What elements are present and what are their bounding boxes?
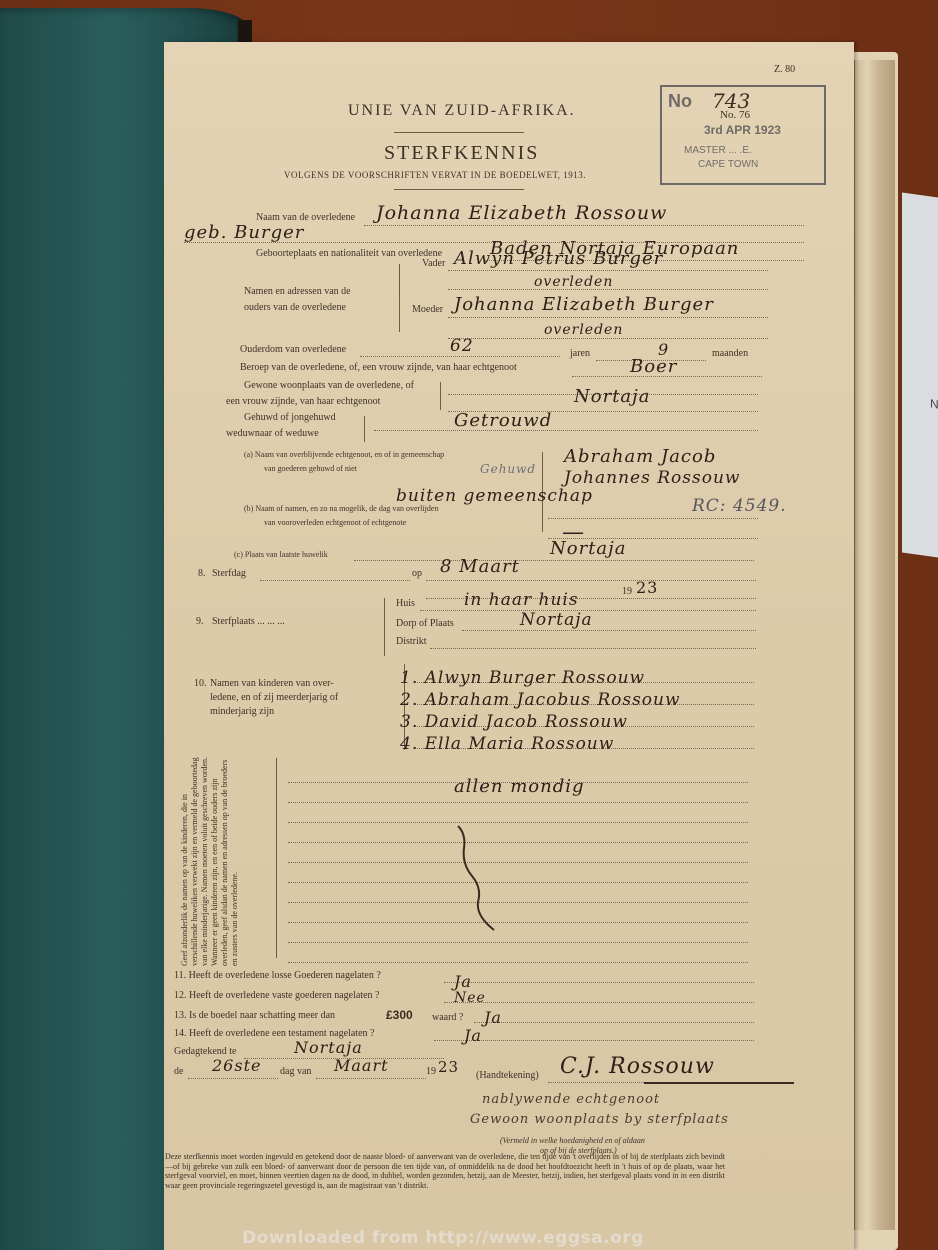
dotted-line — [316, 1078, 426, 1079]
stamp-no-label: No — [668, 91, 692, 112]
loose-paper-letter: N — [930, 396, 938, 411]
dotted-line — [426, 580, 756, 581]
dotted-line — [448, 338, 768, 339]
child-4: 4. Ella Maria Rossouw — [400, 734, 614, 754]
spouse-value-1: Abraham Jacob — [564, 446, 716, 467]
dotted-line — [448, 270, 768, 271]
children-label-1: Namen van kinderen van over- — [210, 678, 334, 689]
child-1: 1. Alwyn Burger Rossouw — [400, 668, 645, 688]
father-label: Vader — [422, 258, 445, 269]
document-title: STERFKENNIS — [384, 142, 539, 165]
question-13-amount: £300 — [386, 1008, 413, 1022]
prev-spouse-label-1: (b) Naam of namen, en zo na mogelik, de … — [244, 504, 438, 513]
death-notice-page: Z. 80 UNIE VAN ZUID-AFRIKA. STERFKENNIS … — [164, 42, 854, 1250]
spouse-community: buiten gemeenschap — [396, 486, 593, 506]
dotted-line — [360, 356, 560, 357]
form-code: Z. 80 — [774, 64, 795, 75]
dotted-line — [354, 560, 754, 561]
signed-year-prefix: 19 — [426, 1066, 436, 1077]
age-years: 62 — [450, 336, 474, 356]
years-label: jaren — [570, 348, 590, 359]
dotted-line — [188, 1078, 278, 1079]
dotted-line — [288, 862, 748, 863]
stamp-office: MASTER ... .E. — [684, 145, 752, 156]
signature-value: C.J. Rossouw — [560, 1054, 715, 1079]
children-label-2: ledene, en of zij meerderjarig of — [210, 692, 338, 703]
last-marriage-value: Nortaja — [550, 538, 626, 559]
age-label: Ouderdom van overledene — [240, 344, 346, 355]
brace — [364, 416, 365, 442]
stamp-sub-number: No. 76 — [720, 109, 750, 121]
document-subtitle: VOLGENS DE VOORSCHRIFTEN VERVAT IN DE BO… — [284, 170, 586, 180]
death-day-op: op — [412, 568, 422, 579]
death-place-label: Sterfplaats ... ... ... — [212, 616, 285, 627]
mother-status: overleden — [544, 322, 623, 338]
marital-value: Getrouwd — [454, 410, 552, 431]
signed-year-suffix: 23 — [438, 1058, 459, 1076]
parents-label-2: ouders van de overledene — [244, 302, 346, 313]
death-year-suffix: 23 — [636, 578, 658, 597]
prev-spouse-label-2: van vooroverleden echtgenoot of echtgeno… — [264, 518, 406, 527]
signed-day-value: 26ste — [212, 1056, 261, 1075]
dotted-line — [288, 962, 748, 963]
dotted-line — [288, 882, 748, 883]
dotted-line — [430, 648, 756, 649]
house-label: Huis — [396, 598, 415, 609]
dotted-line — [548, 518, 758, 519]
answer-12: Nee — [454, 990, 486, 1006]
question-11: 11. Heeft de overledene losse Goederen n… — [174, 970, 381, 981]
spouse-value-2: Johannes Rossouw — [564, 468, 740, 488]
marital-label-1: Gehuwd of jongehuwd — [244, 412, 336, 423]
stamp-date: 3rd APR 1923 — [704, 123, 781, 137]
dotted-line — [462, 630, 756, 631]
mother-label: Moeder — [412, 304, 443, 315]
question-13-end: waard ? — [432, 1012, 463, 1023]
death-place-number: 9. — [196, 616, 204, 627]
dotted-line — [364, 225, 804, 226]
registry-stamp: No 743 No. 76 3rd APR 1923 MASTER ... .E… — [660, 85, 826, 185]
footer-instructions: Deze sterfkennis moet worden ingevuld en… — [165, 1152, 725, 1190]
dotted-line — [288, 902, 748, 903]
stamp-city: CAPE TOWN — [698, 159, 758, 170]
district-label: Distrikt — [396, 636, 427, 647]
question-12: 12. Heeft de overledene vaste goederen n… — [174, 990, 379, 1001]
dotted-line — [260, 580, 410, 581]
residence-value: Nortaja — [574, 386, 650, 407]
children-note: allen mondig — [454, 776, 585, 797]
signed-at-value: Nortaja — [294, 1038, 363, 1057]
loose-paper-sheet: N — [902, 192, 938, 557]
dotted-line — [288, 942, 748, 943]
brace — [440, 382, 441, 410]
town-value: Nortaja — [520, 610, 593, 630]
occupation-value: Boer — [630, 356, 677, 377]
dotted-line — [444, 1002, 754, 1003]
dotted-line — [288, 842, 748, 843]
spouse-label-2: van goederen gehuwd of niet — [264, 464, 357, 473]
dotted-line — [288, 822, 748, 823]
marital-label-2: weduwnaar of weduwe — [226, 428, 319, 439]
child-3: 3. David Jacob Rossouw — [400, 712, 628, 732]
father-status: overleden — [534, 274, 613, 290]
signed-month-label: dag van — [280, 1066, 311, 1077]
wavy-strike-mark — [454, 824, 504, 934]
dotted-line — [448, 317, 768, 318]
answer-11: Ja — [454, 972, 472, 991]
brace — [384, 598, 385, 656]
signature-flourish — [644, 1082, 794, 1084]
death-day-number: 8. — [198, 568, 206, 579]
signed-month-value: Maart — [334, 1056, 389, 1075]
answer-14: Ja — [464, 1026, 482, 1045]
death-year-prefix: 19 — [622, 586, 632, 597]
signature-label: (Handtekening) — [476, 1070, 539, 1081]
dotted-line — [288, 802, 748, 803]
spouse-reference: RC: 4549. — [692, 496, 787, 516]
dotted-line — [374, 430, 758, 431]
watermark: Downloaded from http://www.eggsa.org — [242, 1228, 644, 1248]
country-heading: UNIE VAN ZUID-AFRIKA. — [348, 102, 576, 120]
birthplace-label: Geboorteplaats en nationaliteit van over… — [256, 248, 442, 259]
months-label: maanden — [712, 348, 748, 359]
children-label-3: minderjarig zijn — [210, 706, 274, 717]
answer-13: Ja — [484, 1008, 502, 1027]
occupation-label: Beroep van de overledene, of, een vrouw … — [240, 362, 517, 373]
page-edges — [854, 60, 895, 1230]
name-value: Johanna Elizabeth Rossouw — [376, 202, 667, 224]
question-13: 13. Is de boedel naar schatting meer dan — [174, 1010, 335, 1021]
maiden-name-value: geb. Burger — [184, 222, 304, 243]
capacity-line-2: Gewoon woonplaats by sterfplaats — [470, 1112, 729, 1127]
dotted-line — [434, 1040, 754, 1041]
death-day-value: 8 Maart — [440, 556, 520, 577]
town-label: Dorp of Plaats — [396, 618, 454, 629]
dotted-line — [288, 922, 748, 923]
death-day-label: Sterfdag — [212, 568, 246, 579]
capacity-line-1: nablywende echtgenoot — [482, 1092, 660, 1107]
last-marriage-label: (c) Plaats van laatste huwelik — [234, 550, 328, 559]
mother-value: Johanna Elizabeth Burger — [454, 294, 714, 315]
brace — [399, 264, 400, 332]
child-2: 2. Abraham Jacobus Rossouw — [400, 690, 681, 710]
residence-label-2: een vrouw zijnde, van haar echtgenoot — [226, 396, 380, 407]
children-number: 10. — [194, 678, 207, 689]
divider — [394, 132, 524, 133]
brace — [276, 758, 277, 958]
spouse-annotation: Gehuwd — [480, 462, 536, 476]
residence-label-1: Gewone woonplaats van de overledene, of — [244, 380, 414, 391]
parents-label-1: Namen en adressen van de — [244, 286, 351, 297]
spouse-label-1: (a) Naam van overblijvende echtgenoot, e… — [244, 450, 444, 459]
house-value: in haar huis — [464, 590, 579, 610]
father-value: Alwyn Petrus Burger — [454, 248, 663, 269]
divider — [394, 189, 524, 190]
sideways-instructions: Geef afzonderlik de namen op van de kind… — [180, 756, 240, 966]
signed-day-label: de — [174, 1066, 183, 1077]
dotted-line — [444, 982, 754, 983]
capacity-note-1: (Vermeld in welke hoedanigheid en of ald… — [500, 1136, 645, 1145]
dotted-line — [474, 1022, 754, 1023]
